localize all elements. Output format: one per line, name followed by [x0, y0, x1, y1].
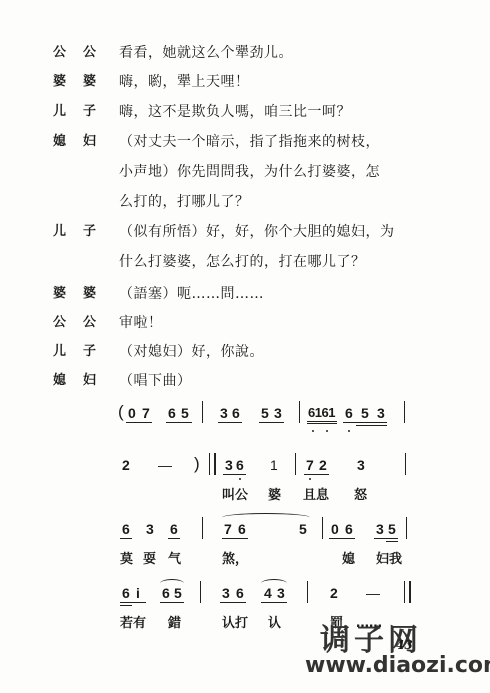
- speech-text: 什么打婆婆，怎么打的，打在哪儿了？: [119, 253, 366, 271]
- underline: [120, 605, 132, 606]
- barline: [322, 517, 323, 539]
- low-octave-dot: [326, 430, 328, 432]
- underline: [120, 538, 132, 539]
- note: 3: [274, 405, 282, 421]
- note: 7: [306, 457, 314, 473]
- underline: [222, 538, 248, 539]
- lyric: 媳: [342, 548, 355, 567]
- score-row-2: 2 — ) 3 6 1 7 2 3 叫公 婆 且息 怒: [118, 457, 418, 487]
- speech-text: （唱下曲）: [119, 372, 192, 390]
- note: 3: [377, 405, 385, 421]
- note: 6: [345, 405, 353, 421]
- double-barline: [404, 581, 411, 603]
- note: 6: [168, 405, 176, 421]
- barline: [202, 517, 203, 539]
- underline: [160, 602, 184, 603]
- score-row-3: 6 3 6 7 6 5 0 6 3 5 莫耍 气 煞， 媳 妇我: [118, 521, 418, 551]
- note: 0: [128, 405, 136, 421]
- underline: [304, 474, 329, 475]
- lyric: 气: [168, 548, 181, 567]
- note: 2: [319, 457, 327, 473]
- note: 5: [181, 405, 189, 421]
- note: 6: [122, 521, 130, 537]
- note: 3: [277, 585, 285, 601]
- underline: [343, 422, 387, 423]
- lyric: 妇我: [376, 548, 402, 567]
- note: 7: [224, 521, 232, 537]
- lyric: 煞，: [222, 548, 248, 567]
- paren-open: (: [118, 402, 124, 422]
- underline: [166, 422, 192, 423]
- note: 6: [345, 521, 353, 537]
- barline: [404, 401, 405, 423]
- double-underline: [307, 421, 337, 424]
- speech-text: 嗨，喲，犟上天哩！: [119, 73, 250, 91]
- underline: [120, 602, 146, 603]
- dash: —: [158, 457, 172, 473]
- note: 5: [388, 521, 396, 537]
- paren-close: ): [194, 454, 200, 474]
- speech-text: （似有所悟）好，好，你个大胆的媳妇，为: [119, 223, 395, 241]
- underline: [374, 538, 398, 539]
- speech-text: 审啦！: [119, 314, 163, 332]
- note: 6: [236, 585, 244, 601]
- note: 0: [331, 521, 339, 537]
- lyric: 叫公: [222, 484, 248, 503]
- note: 1: [270, 457, 278, 473]
- double-barline: [209, 453, 216, 475]
- note: 5: [261, 405, 269, 421]
- watermark-url: www.diaozi.com: [305, 653, 490, 678]
- note: 6: [238, 521, 246, 537]
- lyric: 婆: [268, 484, 281, 503]
- low-octave-dot: [348, 430, 350, 432]
- note: 6: [170, 521, 178, 537]
- note: 3: [376, 521, 384, 537]
- note: 5: [299, 521, 307, 537]
- barline: [202, 401, 203, 423]
- speech-text: 么打的，打哪儿了？: [119, 193, 250, 211]
- note: 6: [236, 457, 244, 473]
- lyric: 錯: [168, 612, 181, 631]
- speech-text: （对丈夫一个暗示，指了指拖来的树枝，: [119, 133, 380, 151]
- low-octave-dot: [312, 430, 314, 432]
- score-row-4: 6 i 6 5 3 6 4 3 2 — 若有 錯 认打 认 罰，……: [118, 585, 418, 615]
- dash: —: [366, 585, 380, 601]
- note: 3: [357, 457, 365, 473]
- underline: [356, 425, 387, 426]
- underline: [218, 422, 242, 423]
- note: 5: [361, 405, 369, 421]
- speech-text: 看看，她就这么个犟劲儿。: [119, 44, 293, 62]
- page-number: 43: [396, 638, 413, 652]
- underline: [223, 474, 246, 475]
- speech-text: 小声地）你先問問我，为什么打婆婆，怎: [119, 163, 380, 181]
- note: 3: [220, 405, 228, 421]
- barline: [200, 581, 201, 603]
- note: 2: [122, 457, 130, 473]
- underline: [126, 422, 152, 423]
- lyric: 怒: [354, 484, 367, 503]
- speech-text: （語塞）呃……問……: [119, 285, 264, 303]
- barline: [299, 401, 300, 423]
- note: 6: [122, 585, 130, 601]
- note: 4: [264, 585, 272, 601]
- underline: [220, 602, 246, 603]
- lyric: 若有: [120, 612, 146, 631]
- low-octave-dot: [239, 478, 241, 480]
- barline: [307, 581, 308, 603]
- barline: [406, 517, 407, 539]
- note: 2: [330, 585, 338, 601]
- underline: [261, 602, 287, 603]
- note: 7: [142, 405, 150, 421]
- speech-text: （对媳妇）好，你說。: [119, 343, 264, 361]
- score-row-1: ( 0 7 6 5 3 6 5 3 6161 6 5 3: [118, 405, 418, 435]
- underline: [329, 538, 355, 539]
- lyric: 且息: [303, 484, 329, 503]
- low-octave-dot: [309, 478, 311, 480]
- underline: [259, 422, 284, 423]
- slur: [222, 513, 310, 522]
- barline: [405, 453, 406, 475]
- underline: [386, 541, 398, 542]
- barline: [295, 453, 296, 475]
- note: 6: [232, 405, 240, 421]
- note: 3: [146, 521, 154, 537]
- lyric: 认打: [222, 612, 248, 631]
- note: 3: [222, 585, 230, 601]
- note: 5: [174, 585, 182, 601]
- lyric: 认: [268, 612, 281, 631]
- note: i: [136, 585, 140, 601]
- note: 3: [225, 457, 233, 473]
- note: 6: [162, 585, 170, 601]
- note-group: 6161: [308, 405, 335, 420]
- underline: [168, 538, 180, 539]
- speech-text: 嗨，这不是欺负人嗎，咱三比一呵？: [119, 103, 351, 121]
- lyric: 莫耍: [120, 548, 166, 567]
